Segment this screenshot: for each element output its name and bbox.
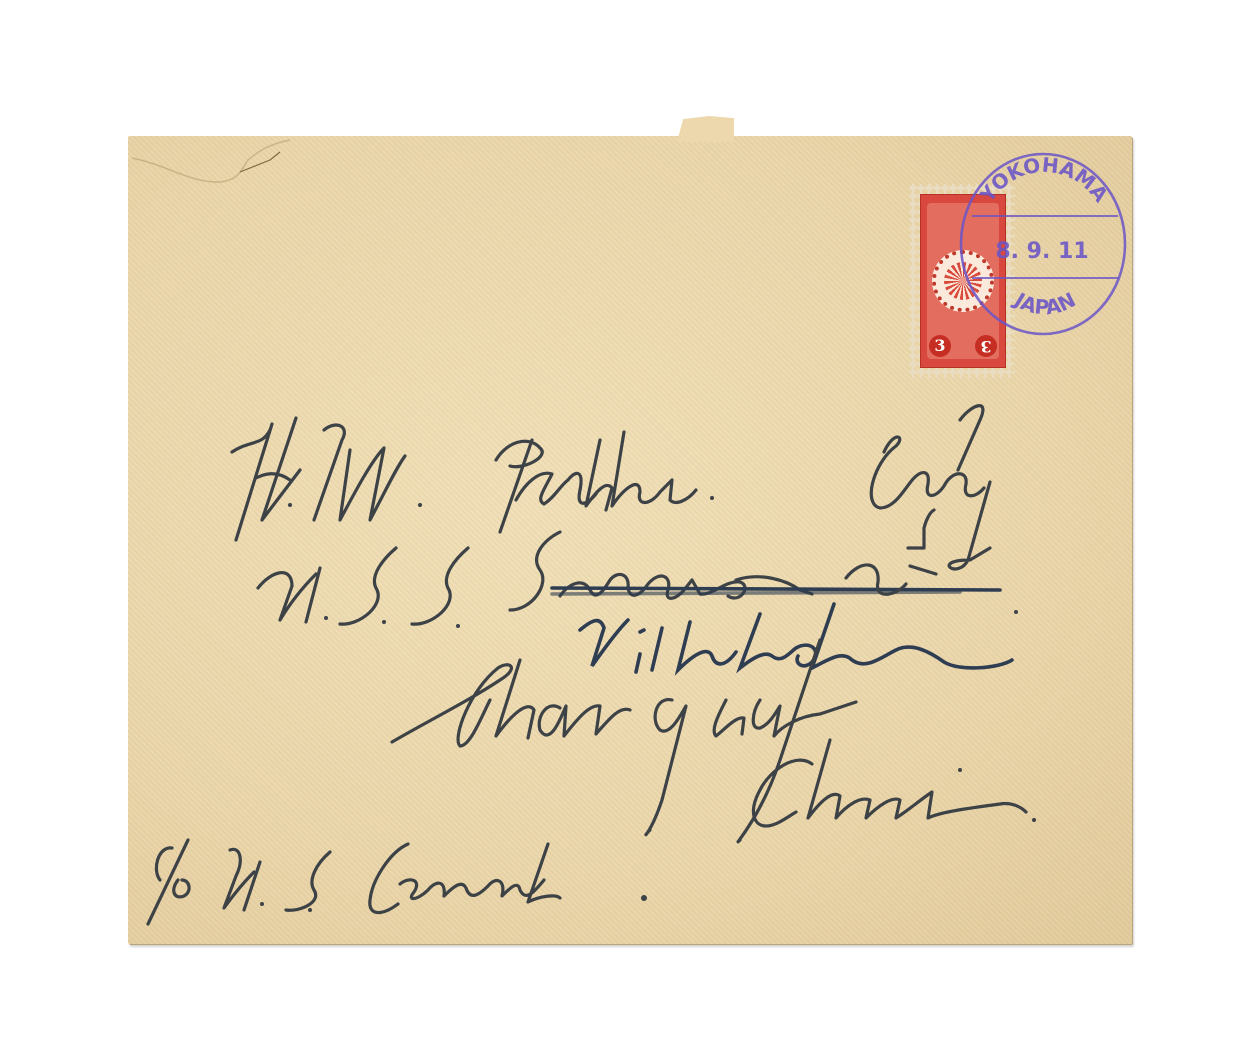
postmark-city: YOKOHAMA <box>974 153 1113 208</box>
svg-text:JAPAN: JAPAN <box>1009 287 1080 320</box>
stamp-denomination: 3 <box>975 335 997 357</box>
svg-text:YOKOHAMA: YOKOHAMA <box>974 153 1113 208</box>
postmark: YOKOHAMA 8. 9. 11 JAPAN <box>958 150 1128 338</box>
stamp-denomination: 3 <box>929 335 951 357</box>
postmark-country: JAPAN <box>1009 287 1080 320</box>
torn-flap-edge <box>130 138 330 198</box>
postmark-date: 8. 9. 11 <box>995 239 1088 264</box>
addressee-line: H. W. Koehler. Esq. <box>0 0 1 1</box>
address-transcription: H. W. Koehler. Esq. U. S. S. Saratoga. V… <box>0 0 1 1</box>
envelope-flap-tear <box>672 116 734 142</box>
